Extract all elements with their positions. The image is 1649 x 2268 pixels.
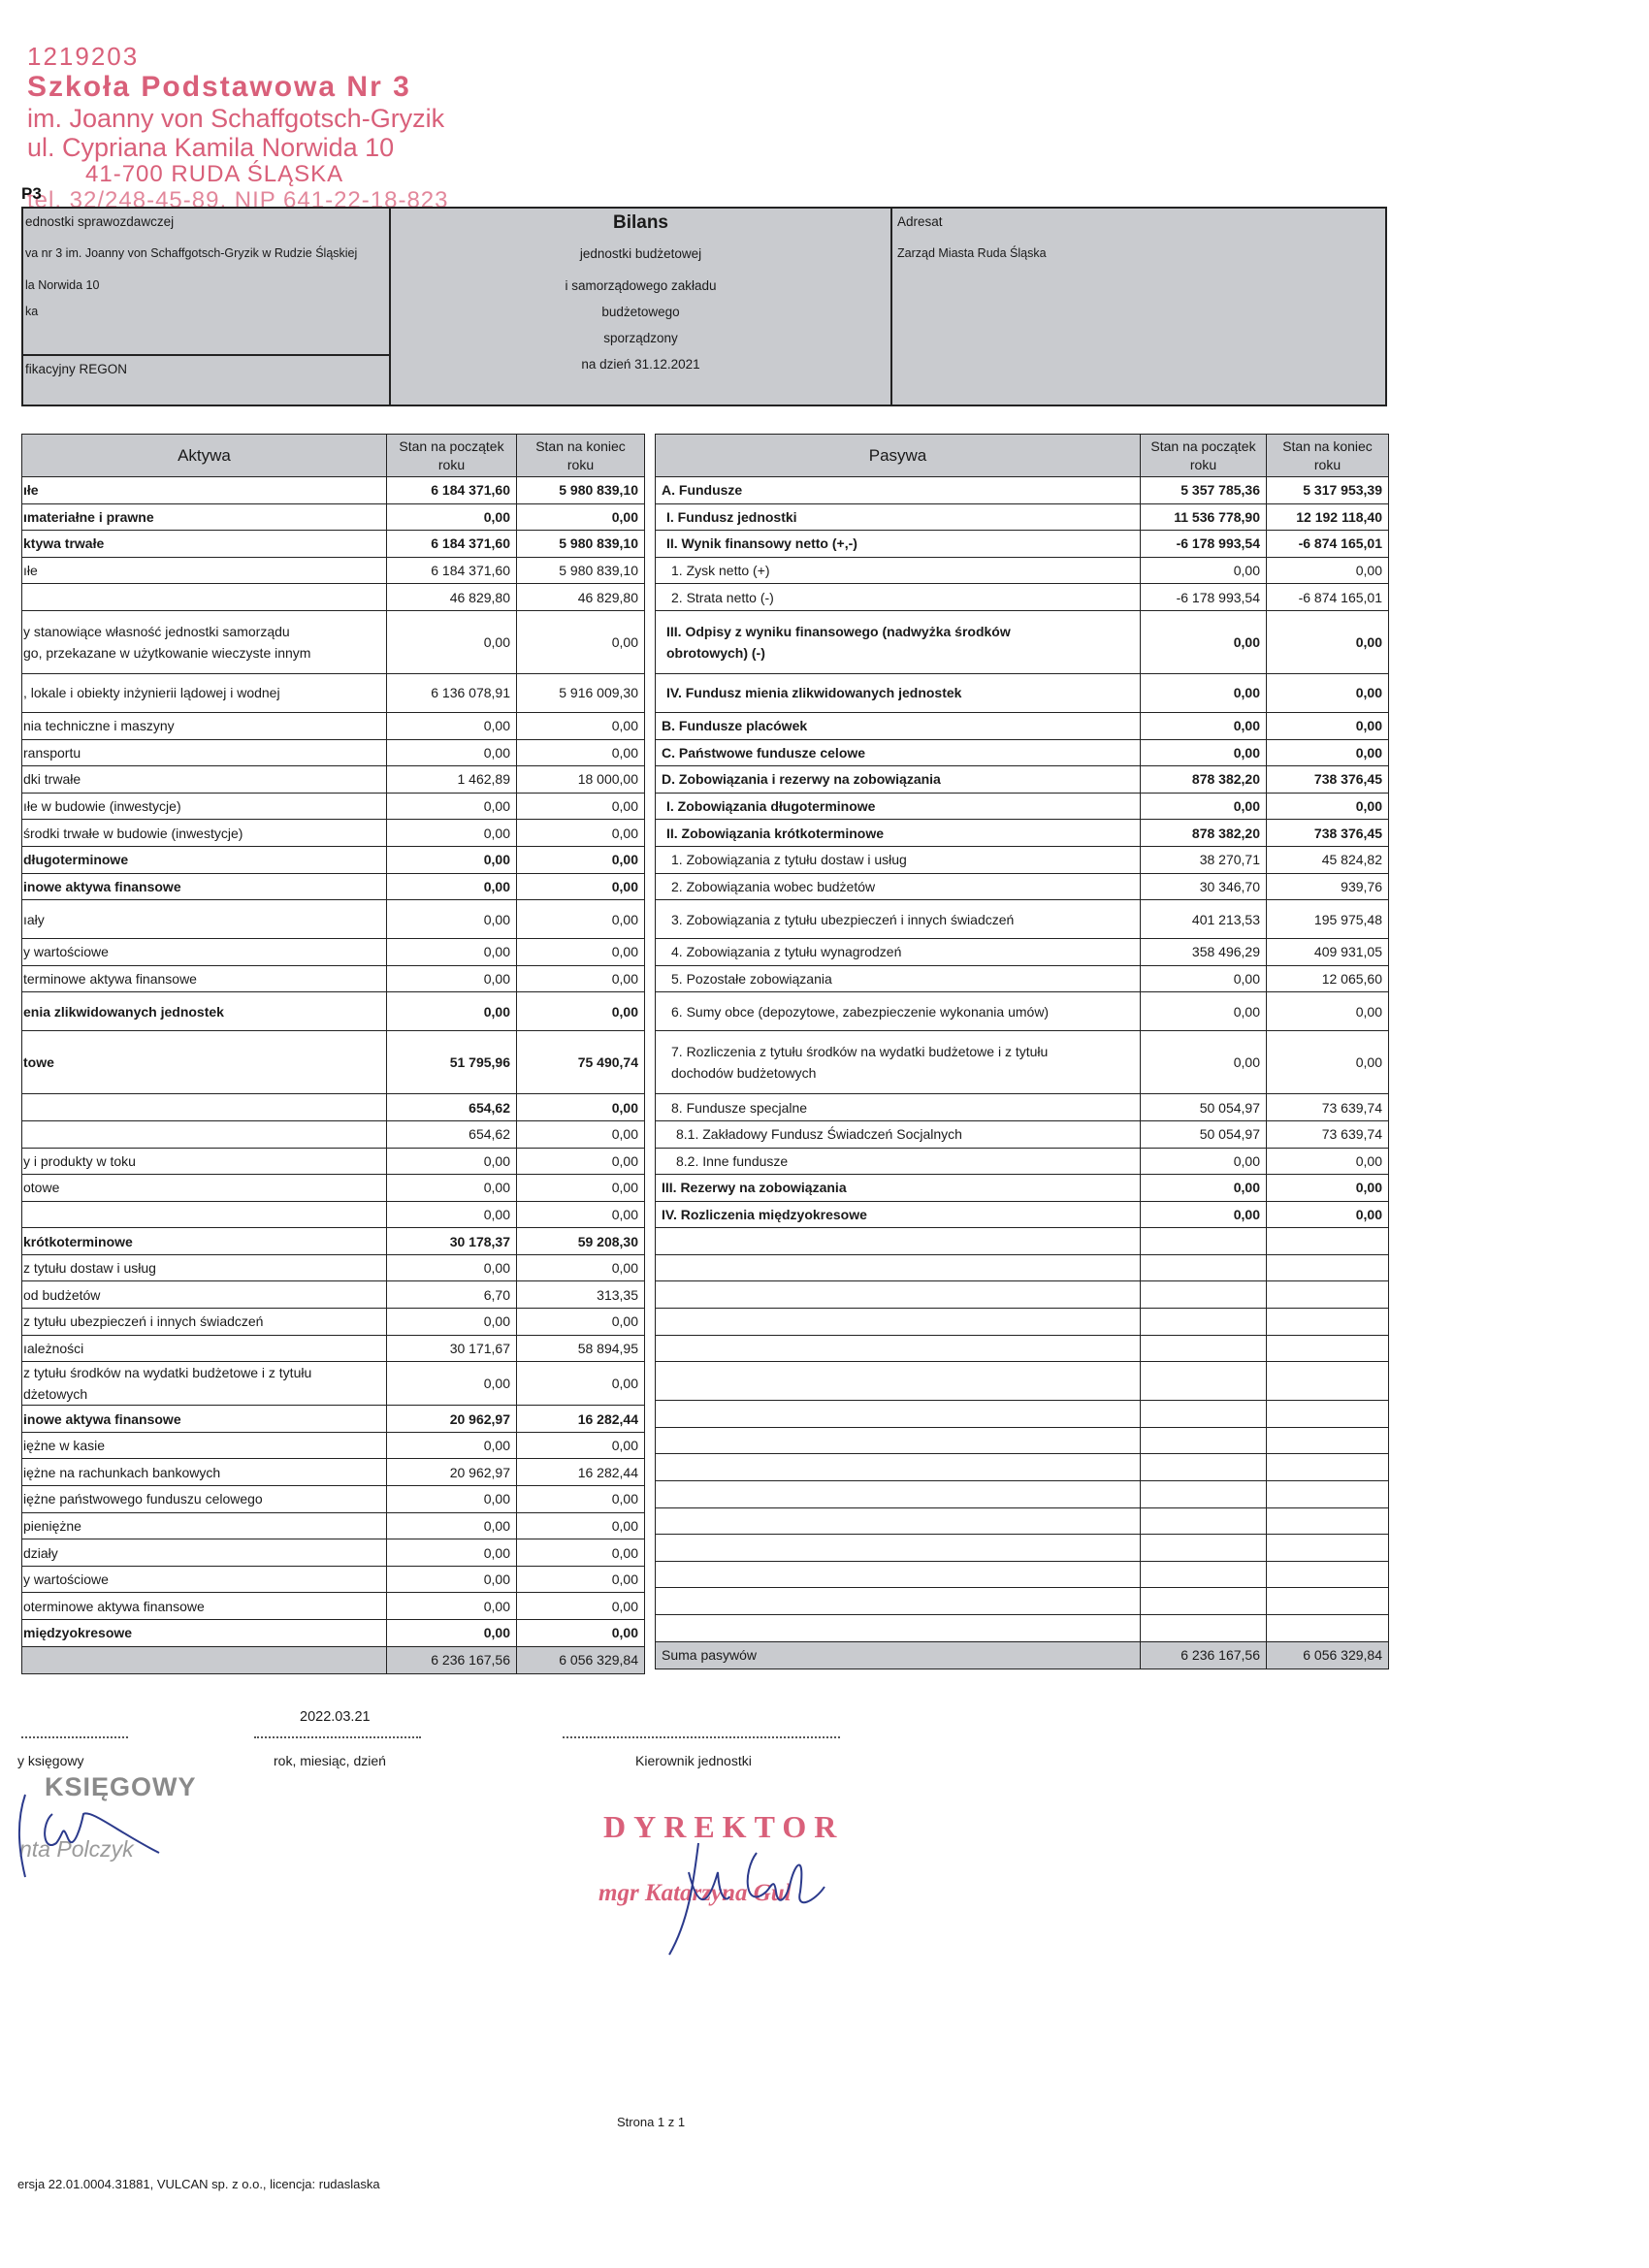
assets-row-end-value: 0,00 xyxy=(517,1254,645,1281)
assets-row-label: międzyokresowe xyxy=(22,1620,387,1647)
liabilities-empty-cell xyxy=(1267,1481,1389,1508)
assets-row: ıależności30 171,6758 894,95 xyxy=(22,1335,645,1362)
liabilities-empty-cell xyxy=(1267,1309,1389,1336)
assets-row: środki trwałe w budowie (inwestycje)0,00… xyxy=(22,820,645,847)
assets-row-start-value: 0,00 xyxy=(387,1593,517,1620)
assets-row-start-value: 0,00 xyxy=(387,1148,517,1175)
liabilities-empty-cell xyxy=(1267,1281,1389,1309)
liabilities-row-end-value: 0,00 xyxy=(1267,557,1389,584)
assets-row-start-value: 6 184 371,60 xyxy=(387,531,517,558)
assets-row-start-value: 0,00 xyxy=(387,793,517,820)
liabilities-row-label: 7. Rozliczenia z tytułu środków na wydat… xyxy=(656,1031,1141,1094)
assets-row-end-value: 75 490,74 xyxy=(517,1031,645,1094)
liabilities-empty-cell xyxy=(656,1335,1141,1362)
assets-row-end-value: 0,00 xyxy=(517,939,645,966)
assets-row-label: ımateriałne i prawne xyxy=(22,503,387,531)
assets-header-label: Aktywa xyxy=(22,435,387,477)
liabilities-row: 5. Pozostałe zobowiązania0,0012 065,60 xyxy=(656,965,1389,992)
stamp-city: 41-700 RUDA ŚLĄSKA xyxy=(27,162,449,188)
assets-row-end-value: 5 980 839,10 xyxy=(517,557,645,584)
divider xyxy=(23,354,389,356)
assets-row: iężne państwowego funduszu celowego0,000… xyxy=(22,1486,645,1513)
assets-row-start-value: 30 178,37 xyxy=(387,1228,517,1255)
liabilities-row: IV. Fundusz mienia zlikwidowanych jednos… xyxy=(656,673,1389,712)
liabilities-row-start-value: 0,00 xyxy=(1141,1201,1267,1228)
liabilities-empty-cell xyxy=(656,1228,1141,1255)
liabilities-empty-cell xyxy=(1267,1454,1389,1481)
assets-row-label: towe xyxy=(22,1031,387,1094)
liabilities-row-start-value: 0,00 xyxy=(1141,965,1267,992)
assets-row-label: ıały xyxy=(22,900,387,939)
liabilities-row-start-value: 0,00 xyxy=(1141,1175,1267,1202)
assets-row-label: enia zlikwidowanych jednostek xyxy=(22,992,387,1031)
liabilities-header-end: Stan na koniec roku xyxy=(1267,435,1389,477)
assets-row-end-value: 0,00 xyxy=(517,846,645,873)
liabilities-row-end-value: 0,00 xyxy=(1267,739,1389,766)
liabilities-row-label: 1. Zobowiązania z tytułu dostaw i usług xyxy=(656,846,1141,873)
assets-row-end-value: 5 980 839,10 xyxy=(517,531,645,558)
assets-row-end-value: 0,00 xyxy=(517,1566,645,1593)
liabilities-row-start-value: 878 382,20 xyxy=(1141,820,1267,847)
liabilities-row-start-value: 50 054,97 xyxy=(1141,1120,1267,1148)
assets-row-label: inowe aktywa finansowe xyxy=(22,873,387,900)
assets-row-end-value: 5 916 009,30 xyxy=(517,673,645,712)
assets-header-end: Stan na koniec roku xyxy=(517,435,645,477)
assets-row-label: z tytułu dostaw i usług xyxy=(22,1254,387,1281)
stamp-school-name: Szkoła Podstawowa Nr 3 xyxy=(27,71,449,104)
assets-row: 654,620,00 xyxy=(22,1120,645,1148)
assets-row-label: y i produkty w toku xyxy=(22,1148,387,1175)
liabilities-empty-cell xyxy=(656,1401,1141,1428)
liabilities-empty-cell xyxy=(656,1561,1141,1588)
addressee-label: Adresat xyxy=(897,214,943,229)
assets-row: międzyokresowe0,000,00 xyxy=(22,1620,645,1647)
assets-row: inowe aktywa finansowe0,000,00 xyxy=(22,873,645,900)
liabilities-row-start-value: 0,00 xyxy=(1141,712,1267,739)
assets-row: krótkoterminowe30 178,3759 208,30 xyxy=(22,1228,645,1255)
liabilities-table: Pasywa Stan na początek roku Stan na kon… xyxy=(655,434,1389,1669)
liabilities-empty-row xyxy=(656,1254,1389,1281)
assets-row-end-value: 0,00 xyxy=(517,1201,645,1228)
assets-row-label xyxy=(22,1201,387,1228)
addressee-value: Zarząd Miasta Ruda Śląska xyxy=(897,246,1047,260)
accountant-label: y księgowy xyxy=(17,1753,83,1768)
liabilities-row: 8. Fundusze specjalne50 054,9773 639,74 xyxy=(656,1094,1389,1121)
accountant-signature-icon xyxy=(14,1785,169,1882)
liabilities-sum-label: Suma pasywów xyxy=(656,1641,1141,1669)
assets-row-end-value: 16 282,44 xyxy=(517,1406,645,1433)
head-label: Kierownik jednostki xyxy=(635,1753,752,1768)
liabilities-empty-cell xyxy=(656,1481,1141,1508)
liabilities-row: A. Fundusze5 357 785,365 317 953,39 xyxy=(656,477,1389,504)
assets-row-end-value: 59 208,30 xyxy=(517,1228,645,1255)
assets-row: dki trwałe1 462,8918 000,00 xyxy=(22,766,645,794)
assets-row-end-value: 0,00 xyxy=(517,1175,645,1202)
assets-row-end-value: 0,00 xyxy=(517,1362,645,1406)
liabilities-empty-row xyxy=(656,1309,1389,1336)
liabilities-row-label: I. Zobowiązania długoterminowe xyxy=(656,793,1141,820)
liabilities-row-end-value: -6 874 165,01 xyxy=(1267,531,1389,558)
liabilities-empty-cell xyxy=(656,1254,1141,1281)
liabilities-row-label: 2. Strata netto (-) xyxy=(656,584,1141,611)
assets-row-start-value: 0,00 xyxy=(387,1254,517,1281)
liabilities-row: 8.2. Inne fundusze0,000,00 xyxy=(656,1148,1389,1175)
assets-row-start-value: 0,00 xyxy=(387,1486,517,1513)
liabilities-row-end-value: 0,00 xyxy=(1267,1175,1389,1202)
liabilities-row-end-value: 939,76 xyxy=(1267,873,1389,900)
liabilities-row-end-value: 0,00 xyxy=(1267,1148,1389,1175)
assets-row-start-value: 0,00 xyxy=(387,965,517,992)
liabilities-row: D. Zobowiązania i rezerwy na zobowiązani… xyxy=(656,766,1389,794)
liabilities-empty-cell xyxy=(656,1281,1141,1309)
unit-city: ka xyxy=(25,305,38,318)
assets-row: enia zlikwidowanych jednostek0,000,00 xyxy=(22,992,645,1031)
assets-row-end-value: 16 282,44 xyxy=(517,1459,645,1486)
liabilities-row-start-value: 0,00 xyxy=(1141,1148,1267,1175)
liabilities-row-end-value: 45 824,82 xyxy=(1267,846,1389,873)
liabilities-empty-cell xyxy=(1141,1335,1267,1362)
assets-row-label: iężne w kasie xyxy=(22,1432,387,1459)
liabilities-row-start-value: -6 178 993,54 xyxy=(1141,584,1267,611)
assets-row-end-value: 0,00 xyxy=(517,1120,645,1148)
assets-row-end-value: 18 000,00 xyxy=(517,766,645,794)
liabilities-row-label: C. Państwowe fundusze celowe xyxy=(656,739,1141,766)
assets-row-end-value: 0,00 xyxy=(517,1486,645,1513)
liabilities-empty-cell xyxy=(1267,1561,1389,1588)
liabilities-empty-row xyxy=(656,1362,1389,1401)
assets-row-label: dki trwałe xyxy=(22,766,387,794)
liabilities-empty-cell xyxy=(1141,1281,1267,1309)
liabilities-table-body: A. Fundusze5 357 785,365 317 953,39I. Fu… xyxy=(656,477,1389,1669)
assets-row-start-value: 0,00 xyxy=(387,1362,517,1406)
assets-row-label: iężne państwowego funduszu celowego xyxy=(22,1486,387,1513)
report-subtitle-2: i samorządowego zakładu xyxy=(391,278,890,293)
assets-row-start-value: 46 829,80 xyxy=(387,584,517,611)
assets-row-label: ransportu xyxy=(22,739,387,766)
liabilities-row-end-value: 409 931,05 xyxy=(1267,939,1389,966)
assets-row-start-value: 0,00 xyxy=(387,900,517,939)
liabilities-row-label: D. Zobowiązania i rezerwy na zobowiązani… xyxy=(656,766,1141,794)
assets-row: z tytułu dostaw i usług0,000,00 xyxy=(22,1254,645,1281)
assets-row-end-value: 0,00 xyxy=(517,712,645,739)
assets-row-start-value: 0,00 xyxy=(387,939,517,966)
liabilities-row-label: IV. Fundusz mienia zlikwidowanych jednos… xyxy=(656,673,1141,712)
software-version: ersja 22.01.0004.31881, VULCAN sp. z o.o… xyxy=(17,2177,380,2191)
assets-row-label xyxy=(22,584,387,611)
liabilities-empty-cell xyxy=(1141,1401,1267,1428)
assets-row-start-value: 1 462,89 xyxy=(387,766,517,794)
liabilities-row: 4. Zobowiązania z tytułu wynagrodzeń358 … xyxy=(656,939,1389,966)
liabilities-row-start-value: 5 357 785,36 xyxy=(1141,477,1267,504)
liabilities-empty-row xyxy=(656,1535,1389,1562)
assets-row-label: oterminowe aktywa finansowe xyxy=(22,1593,387,1620)
assets-row-start-value: 20 962,97 xyxy=(387,1459,517,1486)
assets-row-label: z tytułu środków na wydatki budżetowe i … xyxy=(22,1362,387,1406)
liabilities-empty-cell xyxy=(1141,1588,1267,1615)
liabilities-row-start-value: 878 382,20 xyxy=(1141,766,1267,794)
assets-row-end-value: 58 894,95 xyxy=(517,1335,645,1362)
assets-row: ktywa trwałe6 184 371,605 980 839,10 xyxy=(22,531,645,558)
liabilities-row-end-value: 195 975,48 xyxy=(1267,900,1389,939)
date-signature-line xyxy=(254,1736,421,1738)
liabilities-empty-cell xyxy=(1267,1588,1389,1615)
report-title: Bilans xyxy=(391,212,890,234)
liabilities-empty-cell xyxy=(656,1588,1141,1615)
assets-row-start-value: 6 184 371,60 xyxy=(387,557,517,584)
liabilities-sum-end-value: 6 056 329,84 xyxy=(1267,1641,1389,1669)
liabilities-empty-cell xyxy=(1267,1401,1389,1428)
assets-sum-row: 6 236 167,566 056 329,84 xyxy=(22,1646,645,1673)
liabilities-row-end-value: 12 192 118,40 xyxy=(1267,503,1389,531)
accountant-signature-line xyxy=(21,1736,128,1738)
assets-row-label: z tytułu ubezpieczeń i innych świadczeń xyxy=(22,1309,387,1336)
liabilities-row-label: III. Rezerwy na zobowiązania xyxy=(656,1175,1141,1202)
assets-row-start-value: 0,00 xyxy=(387,1175,517,1202)
assets-row-end-value: 0,00 xyxy=(517,900,645,939)
liabilities-row-label: 6. Sumy obce (depozytowe, zabezpieczenie… xyxy=(656,992,1141,1031)
assets-row-label: otowe xyxy=(22,1175,387,1202)
liabilities-row-label: III. Odpisy z wyniku finansowego (nadwyż… xyxy=(656,610,1141,673)
liabilities-row-label: IV. Rozliczenia międzyokresowe xyxy=(656,1201,1141,1228)
liabilities-empty-cell xyxy=(656,1309,1141,1336)
assets-row-label: ıłe xyxy=(22,557,387,584)
liabilities-row-label: 3. Zobowiązania z tytułu ubezpieczeń i i… xyxy=(656,900,1141,939)
assets-row-end-value: 0,00 xyxy=(517,1432,645,1459)
assets-row-start-value: 0,00 xyxy=(387,712,517,739)
assets-row: iężne na rachunkach bankowych20 962,9716… xyxy=(22,1459,645,1486)
liabilities-row-label: A. Fundusze xyxy=(656,477,1141,504)
liabilities-row: C. Państwowe fundusze celowe0,000,00 xyxy=(656,739,1389,766)
assets-row-start-value: 0,00 xyxy=(387,1539,517,1567)
liabilities-row: B. Fundusze placówek0,000,00 xyxy=(656,712,1389,739)
liabilities-empty-cell xyxy=(1141,1481,1267,1508)
assets-row: długoterminowe0,000,00 xyxy=(22,846,645,873)
assets-row-end-value: 0,00 xyxy=(517,1094,645,1121)
liabilities-row-start-value: 0,00 xyxy=(1141,557,1267,584)
assets-row-end-value: 0,00 xyxy=(517,965,645,992)
liabilities-row: 3. Zobowiązania z tytułu ubezpieczeń i i… xyxy=(656,900,1389,939)
assets-row-end-value: 0,00 xyxy=(517,873,645,900)
liabilities-row-end-value: 73 639,74 xyxy=(1267,1120,1389,1148)
assets-row-label: inowe aktywa finansowe xyxy=(22,1406,387,1433)
liabilities-row: 6. Sumy obce (depozytowe, zabezpieczenie… xyxy=(656,992,1389,1031)
liabilities-empty-cell xyxy=(1267,1335,1389,1362)
reporting-unit-section: ednostki sprawozdawczej va nr 3 im. Joan… xyxy=(23,209,391,405)
assets-row-start-value: 30 171,67 xyxy=(387,1335,517,1362)
liabilities-row-label: 4. Zobowiązania z tytułu wynagrodzeń xyxy=(656,939,1141,966)
stamp-patron: im. Joanny von Schaffgotsch-Gryzik xyxy=(27,104,449,133)
assets-row: y i produkty w toku0,000,00 xyxy=(22,1148,645,1175)
liabilities-row-start-value: 38 270,71 xyxy=(1141,846,1267,873)
assets-row-start-value: 0,00 xyxy=(387,846,517,873)
assets-row: iężne w kasie0,000,00 xyxy=(22,1432,645,1459)
assets-row: y wartościowe0,000,00 xyxy=(22,939,645,966)
liabilities-row-label: II. Zobowiązania krótkoterminowe xyxy=(656,820,1141,847)
liabilities-empty-row xyxy=(656,1427,1389,1454)
liabilities-row: II. Zobowiązania krótkoterminowe878 382,… xyxy=(656,820,1389,847)
assets-row-label: y wartościowe xyxy=(22,1566,387,1593)
assets-row: ıały0,000,00 xyxy=(22,900,645,939)
assets-row-start-value: 0,00 xyxy=(387,610,517,673)
page-number: Strona 1 z 1 xyxy=(617,2115,685,2129)
assets-row-end-value: 0,00 xyxy=(517,1620,645,1647)
liabilities-empty-cell xyxy=(656,1454,1141,1481)
unit-name: va nr 3 im. Joanny von Schaffgotsch-Gryz… xyxy=(25,246,357,260)
report-date: na dzień 31.12.2021 xyxy=(391,357,890,372)
report-title-section: Bilans jednostki budżetowej i samorządow… xyxy=(391,209,892,405)
liabilities-header-label: Pasywa xyxy=(656,435,1141,477)
assets-row: z tytułu ubezpieczeń i innych świadczeń0… xyxy=(22,1309,645,1336)
assets-row-end-value: 0,00 xyxy=(517,503,645,531)
liabilities-row-start-value: 0,00 xyxy=(1141,673,1267,712)
assets-row-end-value: 46 829,80 xyxy=(517,584,645,611)
liabilities-row: 1. Zysk netto (+)0,000,00 xyxy=(656,557,1389,584)
liabilities-empty-row xyxy=(656,1481,1389,1508)
liabilities-row-end-value: 0,00 xyxy=(1267,992,1389,1031)
liabilities-row: 7. Rozliczenia z tytułu środków na wydat… xyxy=(656,1031,1389,1094)
liabilities-empty-row xyxy=(656,1454,1389,1481)
assets-row-label: ıłe w budowie (inwestycje) xyxy=(22,793,387,820)
addressee-section: Adresat Zarząd Miasta Ruda Śląska xyxy=(892,209,1385,405)
liabilities-row-end-value: 0,00 xyxy=(1267,1201,1389,1228)
liabilities-row-start-value: 11 536 778,90 xyxy=(1141,503,1267,531)
liabilities-empty-cell xyxy=(1141,1615,1267,1642)
stamp-street: ul. Cypriana Kamila Norwida 10 xyxy=(27,133,449,162)
liabilities-empty-cell xyxy=(1267,1254,1389,1281)
assets-row: ımateriałne i prawne0,000,00 xyxy=(22,503,645,531)
assets-table: Aktywa Stan na początek roku Stan na kon… xyxy=(21,434,645,1674)
assets-row-start-value: 0,00 xyxy=(387,1566,517,1593)
liabilities-empty-cell xyxy=(1141,1362,1267,1401)
assets-row-end-value: 0,00 xyxy=(517,1512,645,1539)
unit-label: ednostki sprawozdawczej xyxy=(25,214,174,229)
liabilities-empty-row xyxy=(656,1615,1389,1642)
liabilities-empty-cell xyxy=(1267,1362,1389,1401)
assets-sum-end-value: 6 056 329,84 xyxy=(517,1646,645,1673)
liabilities-empty-cell xyxy=(1267,1427,1389,1454)
assets-row: ıłe w budowie (inwestycje)0,000,00 xyxy=(22,793,645,820)
liabilities-row-label: 5. Pozostałe zobowiązania xyxy=(656,965,1141,992)
assets-row-label: od budżetów xyxy=(22,1281,387,1309)
liabilities-row-start-value: 0,00 xyxy=(1141,739,1267,766)
liabilities-row-end-value: 12 065,60 xyxy=(1267,965,1389,992)
assets-row-end-value: 0,00 xyxy=(517,610,645,673)
liabilities-row-start-value: 0,00 xyxy=(1141,610,1267,673)
assets-row-label: długoterminowe xyxy=(22,846,387,873)
report-subtitle-4: sporządzony xyxy=(391,331,890,345)
liabilities-empty-row xyxy=(656,1335,1389,1362)
liabilities-row: I. Zobowiązania długoterminowe0,000,00 xyxy=(656,793,1389,820)
assets-row: pieniężne0,000,00 xyxy=(22,1512,645,1539)
liabilities-header-start: Stan na początek roku xyxy=(1141,435,1267,477)
assets-row-end-value: 0,00 xyxy=(517,1309,645,1336)
assets-row-start-value: 0,00 xyxy=(387,820,517,847)
liabilities-empty-cell xyxy=(1267,1507,1389,1535)
assets-row: otowe0,000,00 xyxy=(22,1175,645,1202)
liabilities-empty-row xyxy=(656,1561,1389,1588)
liabilities-row-start-value: 401 213,53 xyxy=(1141,900,1267,939)
director-signature-icon xyxy=(660,1833,873,1960)
assets-row-label: środki trwałe w budowie (inwestycje) xyxy=(22,820,387,847)
assets-row: towe51 795,9675 490,74 xyxy=(22,1031,645,1094)
liabilities-row-end-value: 73 639,74 xyxy=(1267,1094,1389,1121)
liabilities-empty-cell xyxy=(1267,1228,1389,1255)
assets-table-body: ıłe6 184 371,605 980 839,10ımateriałne i… xyxy=(22,477,645,1674)
liabilities-empty-cell xyxy=(1141,1535,1267,1562)
assets-row: ıłe6 184 371,605 980 839,10 xyxy=(22,557,645,584)
assets-row: ransportu0,000,00 xyxy=(22,739,645,766)
liabilities-row: I. Fundusz jednostki11 536 778,9012 192 … xyxy=(656,503,1389,531)
assets-row: y stanowiące własność jednostki samorząd… xyxy=(22,610,645,673)
liabilities-row-end-value: 0,00 xyxy=(1267,610,1389,673)
assets-row-end-value: 0,00 xyxy=(517,739,645,766)
assets-header-start: Stan na początek roku xyxy=(387,435,517,477)
liabilities-row-label: 8. Fundusze specjalne xyxy=(656,1094,1141,1121)
liabilities-empty-cell xyxy=(1141,1561,1267,1588)
liabilities-empty-cell xyxy=(656,1362,1141,1401)
liabilities-row-start-value: 0,00 xyxy=(1141,1031,1267,1094)
liabilities-row-start-value: 358 496,29 xyxy=(1141,939,1267,966)
date-label: rok, miesiąc, dzień xyxy=(274,1753,386,1768)
assets-row-start-value: 654,62 xyxy=(387,1120,517,1148)
assets-row-end-value: 5 980 839,10 xyxy=(517,477,645,504)
liabilities-sum-row: Suma pasywów6 236 167,566 056 329,84 xyxy=(656,1641,1389,1669)
assets-row: ıłe6 184 371,605 980 839,10 xyxy=(22,477,645,504)
assets-row-label: nia techniczne i maszyny xyxy=(22,712,387,739)
assets-row-label: , lokale i obiekty inżynierii lądowej i … xyxy=(22,673,387,712)
assets-row-start-value: 6 184 371,60 xyxy=(387,477,517,504)
assets-row-end-value: 0,00 xyxy=(517,1593,645,1620)
liabilities-row-end-value: 0,00 xyxy=(1267,793,1389,820)
assets-row-end-value: 0,00 xyxy=(517,793,645,820)
assets-row: z tytułu środków na wydatki budżetowe i … xyxy=(22,1362,645,1406)
liabilities-row-label: B. Fundusze placówek xyxy=(656,712,1141,739)
report-subtitle-1: jednostki budżetowej xyxy=(391,246,890,261)
assets-row: nia techniczne i maszyny0,000,00 xyxy=(22,712,645,739)
liabilities-row-end-value: 738 376,45 xyxy=(1267,820,1389,847)
liabilities-empty-cell xyxy=(1267,1615,1389,1642)
assets-row-start-value: 654,62 xyxy=(387,1094,517,1121)
liabilities-row-start-value: 0,00 xyxy=(1141,793,1267,820)
assets-row: 654,620,00 xyxy=(22,1094,645,1121)
liabilities-empty-cell xyxy=(1141,1309,1267,1336)
assets-row-end-value: 0,00 xyxy=(517,1148,645,1175)
liabilities-row: II. Wynik finansowy netto (+,-)-6 178 99… xyxy=(656,531,1389,558)
liabilities-empty-cell xyxy=(1141,1454,1267,1481)
assets-row: 0,000,00 xyxy=(22,1201,645,1228)
liabilities-row-start-value: 30 346,70 xyxy=(1141,873,1267,900)
liabilities-empty-cell xyxy=(656,1427,1141,1454)
assets-row-label xyxy=(22,1120,387,1148)
assets-row-start-value: 0,00 xyxy=(387,503,517,531)
assets-row-start-value: 0,00 xyxy=(387,1432,517,1459)
liabilities-empty-row xyxy=(656,1401,1389,1428)
assets-row-start-value: 0,00 xyxy=(387,1201,517,1228)
assets-row-start-value: 20 962,97 xyxy=(387,1406,517,1433)
assets-row-label: ıłe xyxy=(22,477,387,504)
liabilities-row: 1. Zobowiązania z tytułu dostaw i usług3… xyxy=(656,846,1389,873)
liabilities-empty-cell xyxy=(656,1507,1141,1535)
report-subtitle-3: budżetowego xyxy=(391,305,890,319)
liabilities-row-label: 8.1. Zakładowy Fundusz Świadczeń Socjaln… xyxy=(656,1120,1141,1148)
regon-label: fikacyjny REGON xyxy=(25,362,127,376)
liabilities-empty-cell xyxy=(1141,1507,1267,1535)
assets-row-label: iężne na rachunkach bankowych xyxy=(22,1459,387,1486)
liabilities-row-end-value: 0,00 xyxy=(1267,1031,1389,1094)
assets-row-start-value: 0,00 xyxy=(387,992,517,1031)
school-stamp: 1219203 Szkoła Podstawowa Nr 3 im. Joann… xyxy=(27,43,449,214)
liabilities-empty-cell xyxy=(656,1615,1141,1642)
